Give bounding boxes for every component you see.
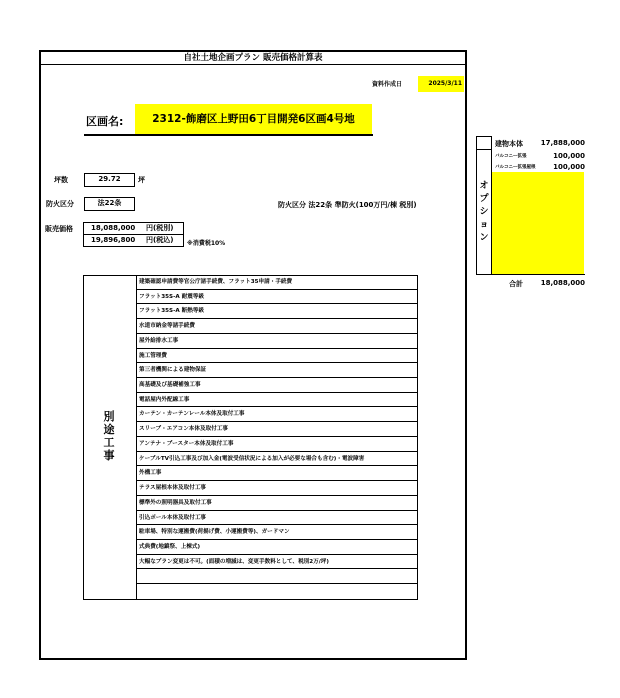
extra-work-rows: 建築確認申請費等官公庁諸手続費、フラット35申請・手続費フラット35S-A 耐震…	[137, 275, 418, 599]
extra-work-item: 水道市納金等諸手続費	[137, 319, 418, 334]
fire-zone-label: 防火区分	[46, 199, 74, 209]
price-excl-tax-value: 18,088,000	[91, 224, 135, 232]
extra-work-item: 第三者機関による建物保証	[137, 363, 418, 378]
lot-underline	[84, 134, 373, 136]
option-name: 建物本体	[495, 139, 523, 149]
extra-work-item: 屋外給排水工事	[137, 334, 418, 349]
extra-work-item: テラス屋根本体及取付工事	[137, 481, 418, 496]
option-value: 100,000	[553, 152, 585, 160]
tsubo-label: 坪数	[54, 175, 68, 185]
extra-work-item: 外構工事	[137, 466, 418, 481]
extra-work-item: 引込ポール本体及取付工事	[137, 511, 418, 526]
date-value: 2025/3/11	[418, 76, 464, 92]
extra-work-item	[137, 584, 418, 599]
fire-zone-value: 法22条	[84, 197, 135, 211]
extra-work-item: アンテナ・ブースター本体及取付工事	[137, 437, 418, 452]
extra-work-item: カーテン・カーテンレール本体及取付工事	[137, 407, 418, 422]
extra-work-item	[137, 569, 418, 584]
price-label: 販売価格	[45, 224, 73, 234]
extra-work-item: 施工管理費	[137, 349, 418, 364]
extra-work-item: 式典費(地鎮祭、上棟式)	[137, 540, 418, 555]
option-name: バルコニー拡張屋根	[495, 164, 536, 170]
extra-work-item: 大幅なプラン変更は不可。(面積の増減は、変更手数料として、税別2万/坪)	[137, 555, 418, 570]
tax-note: ※消費税10%	[187, 238, 225, 247]
tsubo-value: 29.72	[84, 173, 135, 187]
sheet-title: 自社土地企画プラン 販売価格計算表	[41, 52, 465, 65]
price-incl-tax: 19,896,800 円(税込)	[83, 234, 184, 247]
option-value: 100,000	[553, 163, 585, 171]
extra-work-item: 高基礎及び基礎補強工事	[137, 378, 418, 393]
extra-work-item: フラット35S-A 耐震等級	[137, 290, 418, 305]
date-label: 資料作成日	[372, 79, 402, 88]
extra-work-item: 建築確認申請費等官公庁諸手続費、フラット35申請・手続費	[137, 275, 418, 290]
extra-work-item: 標準外の照明器具及取付工事	[137, 496, 418, 511]
options-header: オプション	[476, 180, 492, 245]
options-header-divider	[476, 149, 492, 150]
extra-work-item: スリーブ・エアコン本体及取付工事	[137, 422, 418, 437]
options-total-line	[476, 274, 585, 275]
extra-work-header: 別途工事	[83, 410, 135, 462]
options-highlight	[492, 172, 584, 275]
options-total-label: 合計	[509, 279, 523, 289]
lot-name: 2312-飾磨区上野田6丁目開発6区画4号地	[135, 104, 372, 134]
fire-zone-note: 防火区分 法22条 準防火(100万円/棟 税別)	[278, 200, 417, 210]
extra-work-item: 電話屋内外配線工事	[137, 393, 418, 408]
extra-work-item: フラット35S-A 断熱等級	[137, 304, 418, 319]
tsubo-unit: 坪	[138, 175, 145, 185]
price-incl-tax-value: 19,896,800	[91, 236, 135, 244]
price-excl-tax-unit: 円(税別)	[146, 223, 173, 233]
option-name: バルコニー拡張	[495, 153, 527, 159]
extra-work-item: 駐車場、特別な運搬費(荷揚げ費、小運搬費等)、ガードマン	[137, 525, 418, 540]
lot-label: 区画名:	[86, 113, 123, 129]
price-incl-tax-unit: 円(税込)	[146, 235, 173, 245]
options-total-value: 18,088,000	[541, 279, 585, 287]
extra-work-item: ケーブルTV引込工事及び加入金(電波受信状況による加入が必要な場合も含む)・電波…	[137, 452, 418, 467]
extra-work-header-cell: 別途工事	[83, 275, 137, 600]
option-value: 17,888,000	[541, 139, 585, 147]
